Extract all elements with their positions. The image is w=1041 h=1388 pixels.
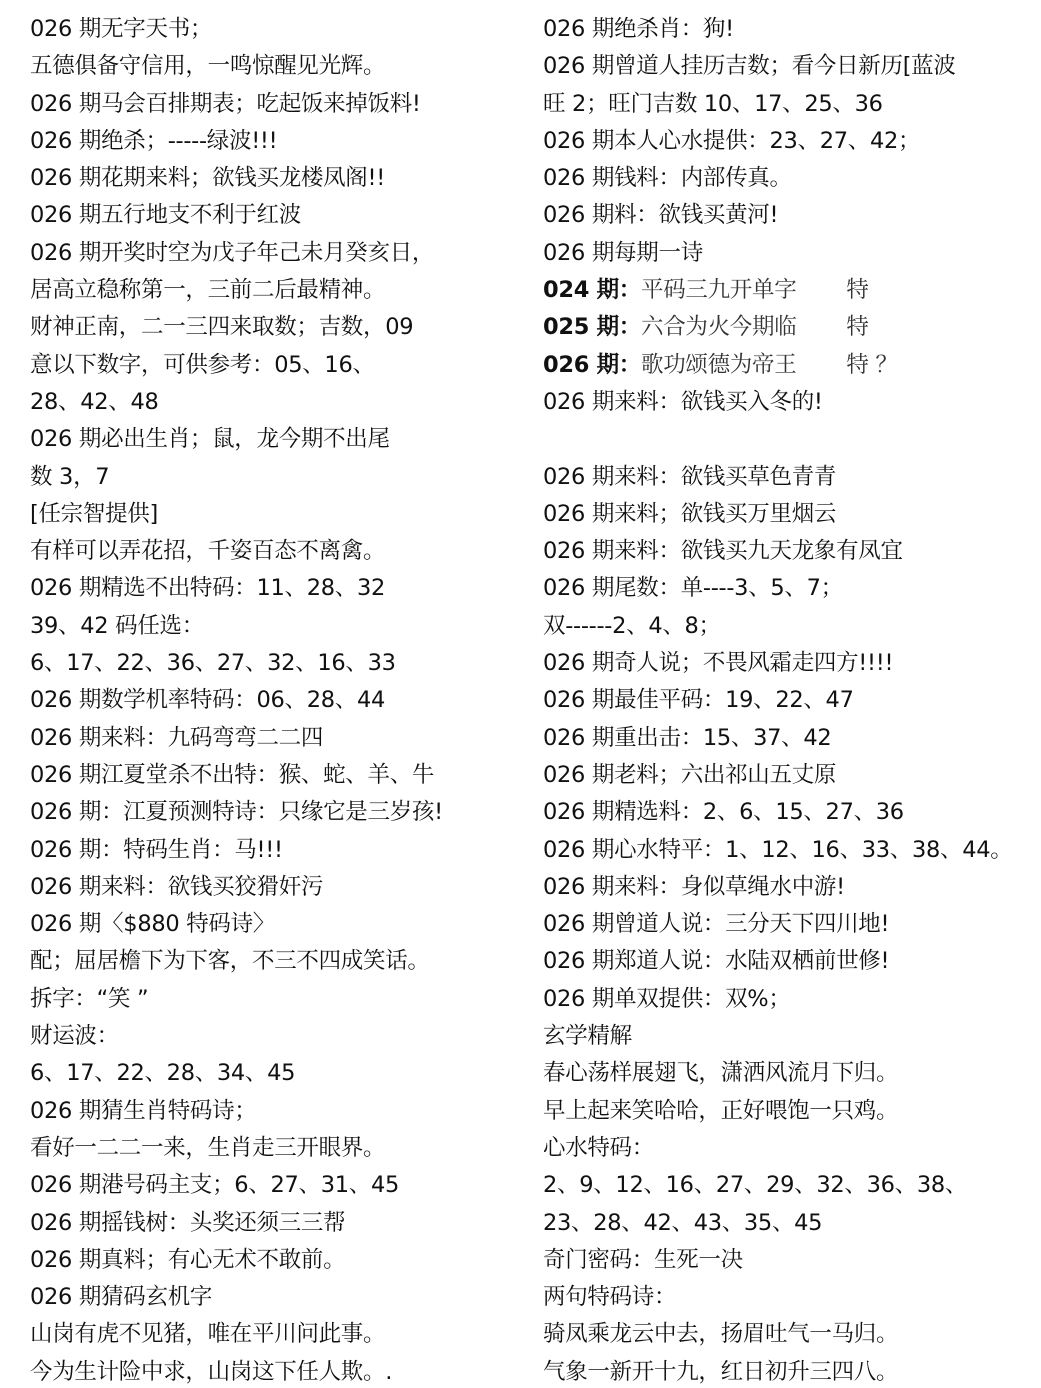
text-line: 奇门密码：生死一决 bbox=[543, 1242, 1038, 1279]
text-line: 026 期来料：九码弯弯二二四 bbox=[30, 720, 530, 757]
text-line: 026 期〈$880 特码诗〉 bbox=[30, 906, 530, 943]
text-line: 026 期精选料：2、6、15、27、36 bbox=[543, 794, 1038, 831]
poem-row: 024 期：平码三九开单字特 bbox=[543, 272, 1038, 309]
text-line: 026 期每期一诗 bbox=[543, 235, 1038, 272]
text-line: 026 期单双提供：双%； bbox=[543, 981, 1038, 1018]
poem-text: 平码三九开单字 bbox=[641, 277, 796, 303]
text-line: [任宗智提供] bbox=[30, 496, 530, 533]
text-line: 026 期重出击：15、37、42 bbox=[543, 720, 1038, 757]
text-line: 026 期心水特平：1、12、16、33、38、44。 bbox=[543, 832, 1038, 869]
text-line: 026 期真料；有心无术不敢前。 bbox=[30, 1242, 530, 1279]
text-line: 心水特码： bbox=[543, 1130, 1038, 1167]
text-line: 026 期来料：欲钱买狡猾奸污 bbox=[30, 869, 530, 906]
text-line: 026 期绝杀肖：狗! bbox=[543, 11, 1038, 48]
poem-issue-label: 025 期： bbox=[543, 314, 641, 340]
poem-issue-label: 026 期： bbox=[543, 352, 641, 378]
text-line: 026 期来料；欲钱买万里烟云 bbox=[543, 496, 1038, 533]
text-line: 玄学精解 bbox=[543, 1018, 1038, 1055]
text-line: 026 期江夏堂杀不出特：猴、蛇、羊、牛 bbox=[30, 757, 530, 794]
text-line: 财神正南，二一三四来取数；吉数，09 bbox=[30, 309, 530, 346]
text-line: 026 期猜码玄机字 bbox=[30, 1279, 530, 1316]
text-line: 026 期猜生肖特码诗； bbox=[30, 1093, 530, 1130]
text-line: 今为生计险中求，山岗这下任人欺。. bbox=[30, 1354, 530, 1388]
text-line: 6、17、22、28、34、45 bbox=[30, 1055, 530, 1092]
text-line: 026 期来料：欲钱买九天龙象有凤宜 bbox=[543, 533, 1038, 570]
text-line: 两句特码诗： bbox=[543, 1279, 1038, 1316]
poem-tail: 特 bbox=[846, 309, 868, 346]
text-line: 骑凤乘龙云中去，扬眉吐气一马归。 bbox=[543, 1316, 1038, 1353]
text-line: 026 期：江夏预测特诗：只缘它是三岁孩! bbox=[30, 794, 530, 831]
text-line: 有样可以弄花招，千姿百态不离禽。 bbox=[30, 533, 530, 570]
left-column: 026 期无字天书；五德俱备守信用，一鸣惊醒见光辉。026 期马会百排期表；吃起… bbox=[30, 11, 530, 1388]
poem-row: 025 期：六合为火今期临特 bbox=[543, 309, 1038, 346]
text-line: 026 期马会百排期表；吃起饭来掉饭料! bbox=[30, 86, 530, 123]
text-line: 026 期精选不出特码：11、28、32 bbox=[30, 570, 530, 607]
text-line: 026 期：特码生肖：马!!! bbox=[30, 832, 530, 869]
text-line: 026 期尾数：单----3、5、7； bbox=[543, 570, 1038, 607]
text-line: 气象一新开十九，红日初升三四八。 bbox=[543, 1354, 1038, 1388]
text-line: 026 期数学机率特码：06、28、44 bbox=[30, 682, 530, 719]
text-line: 居高立稳称第一，三前二后最精神。 bbox=[30, 272, 530, 309]
text-line: 山岗有虎不见猪，唯在平川问此事。 bbox=[30, 1316, 530, 1353]
text-line: 026 期老料；六出祁山五丈原 bbox=[543, 757, 1038, 794]
text-line: 拆字：“笑 ” bbox=[30, 981, 530, 1018]
text-line: 数 3，7 bbox=[30, 459, 530, 496]
text-line: 23、28、42、43、35、45 bbox=[543, 1205, 1038, 1242]
text-line: 026 期曾道人挂历吉数；看今日新历[蓝波 bbox=[543, 48, 1038, 85]
text-line: 026 期本人心水提供：23、27、42； bbox=[543, 123, 1038, 160]
text-line: 五德俱备守信用，一鸣惊醒见光辉。 bbox=[30, 48, 530, 85]
text-line: 026 期花期来料；欲钱买龙楼凤阁!! bbox=[30, 160, 530, 197]
text-line: 配；屈居檐下为下客，不三不四成笑话。 bbox=[30, 943, 530, 980]
poem-text: 六合为火今期临 bbox=[641, 314, 796, 340]
text-line: 026 期料：欲钱买黄河! bbox=[543, 197, 1038, 234]
text-line: 意以下数字，可供参考：05、16、 bbox=[30, 347, 530, 384]
text-line: 026 期来料：欲钱买入冬的! bbox=[543, 384, 1038, 421]
blank-line bbox=[543, 421, 1038, 458]
text-line: 春心荡样展翅飞，潇洒风流月下归。 bbox=[543, 1055, 1038, 1092]
text-line: 026 期曾道人说：三分天下四川地! bbox=[543, 906, 1038, 943]
text-line: 026 期来料：身似草绳水中游! bbox=[543, 869, 1038, 906]
text-line: 026 期钱料：内部传真。 bbox=[543, 160, 1038, 197]
text-line: 旺 2；旺门吉数 10、17、25、36 bbox=[543, 86, 1038, 123]
poem-row: 026 期：歌功颂德为帝王特 ？ bbox=[543, 347, 1038, 384]
text-line: 026 期最佳平码：19、22、47 bbox=[543, 682, 1038, 719]
poem-tail: 特 bbox=[846, 272, 868, 309]
text-line: 026 期奇人说；不畏风霜走四方!!!! bbox=[543, 645, 1038, 682]
right-column: 026 期绝杀肖：狗!026 期曾道人挂历吉数；看今日新历[蓝波旺 2；旺门吉数… bbox=[543, 11, 1038, 1388]
text-line: 28、42、48 bbox=[30, 384, 530, 421]
text-line: 026 期摇钱树：头奖还须三三帮 bbox=[30, 1205, 530, 1242]
text-line: 026 期郑道人说：水陆双栖前世修! bbox=[543, 943, 1038, 980]
text-line: 026 期来料：欲钱买草色青青 bbox=[543, 459, 1038, 496]
text-line: 6、17、22、36、27、32、16、33 bbox=[30, 645, 530, 682]
text-line: 026 期必出生肖；鼠，龙今期不出尾 bbox=[30, 421, 530, 458]
poem-text: 歌功颂德为帝王 bbox=[641, 352, 796, 378]
text-line: 早上起来笑哈哈，正好喂饱一只鸡。 bbox=[543, 1093, 1038, 1130]
text-line: 026 期开奖时空为戊子年己未月癸亥日， bbox=[30, 235, 530, 272]
text-line: 026 期港号码主支；6、27、31、45 bbox=[30, 1167, 530, 1204]
text-line: 026 期无字天书； bbox=[30, 11, 530, 48]
text-line: 026 期五行地支不利于红波 bbox=[30, 197, 530, 234]
text-line: 2、9、12、16、27、29、32、36、38、 bbox=[543, 1167, 1038, 1204]
poem-issue-label: 024 期： bbox=[543, 277, 641, 303]
text-line: 双------2、4、8； bbox=[543, 608, 1038, 645]
text-line: 026 期绝杀；-----绿波!!! bbox=[30, 123, 530, 160]
text-line: 财运波： bbox=[30, 1018, 530, 1055]
text-line: 39、42 码任选： bbox=[30, 608, 530, 645]
text-line: 看好一二二一来，生肖走三开眼界。 bbox=[30, 1130, 530, 1167]
poem-tail: 特 ？ bbox=[846, 347, 897, 384]
